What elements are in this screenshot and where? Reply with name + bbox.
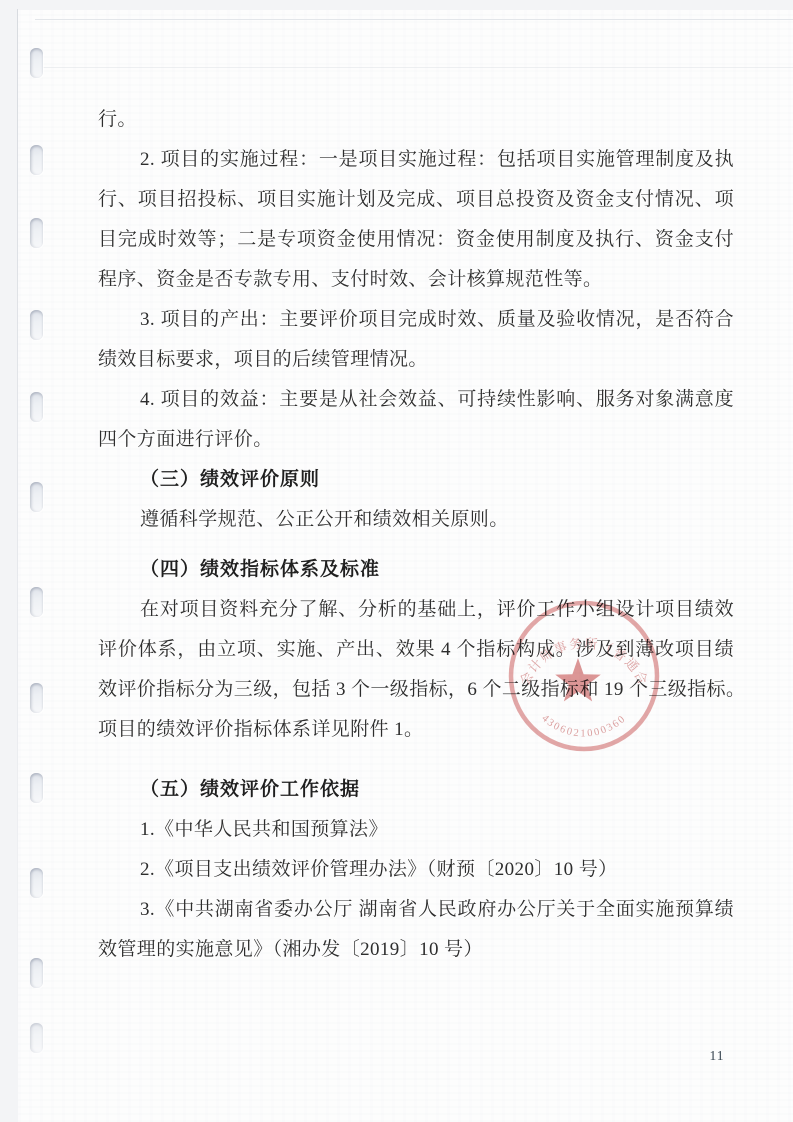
star-icon [555, 658, 601, 701]
document-text: 行。 2. 项目的实施过程：一是项目实施过程：包括项目实施管理制度及执 行、项目… [98, 100, 734, 970]
text-line: 3.《中共湖南省委办公厅 湖南省人民政府办公厅关于全面实施预算绩 [98, 890, 734, 930]
text-line: 3. 项目的产出：主要评价项目完成时效、质量及验收情况，是否符合 [98, 300, 734, 340]
text-line: 目完成时效等；二是专项资金使用情况：资金使用制度及执行、资金支付 [98, 220, 734, 260]
scanned-document-screenshot: { "page": { "number": "11", "paper_color… [0, 0, 793, 1122]
page-left-edge [17, 9, 18, 1069]
seal-serial-container: 4306021000360 [539, 713, 628, 739]
text-line: 行、项目招投标、项目实施计划及完成、项目总投资及资金支付情况、项 [98, 180, 734, 220]
binding-hole [30, 218, 43, 248]
binding-hole [30, 773, 43, 803]
text-line: 4. 项目的效益：主要是从社会效益、可持续性影响、服务对象满意度 [98, 380, 734, 420]
page-top-edge [35, 19, 793, 20]
text-line: 绩效目标要求，项目的后续管理情况。 [98, 340, 734, 380]
binding-hole [30, 868, 43, 898]
official-seal-stamp: 湖南会计师事务所（普通合伙） 4306021000360 [504, 596, 664, 756]
binding-hole [30, 392, 43, 422]
text-line: 行。 [98, 100, 734, 140]
text-line: 效管理的实施意见》（湘办发〔2019〕10 号） [98, 930, 734, 970]
binding-hole [30, 1023, 43, 1053]
binding-hole [30, 482, 43, 512]
binding-hole [30, 145, 43, 175]
binding-hole [30, 958, 43, 988]
text-line: 程序、资金是否专款专用、支付时效、会计核算规范性等。 [98, 260, 734, 300]
page-number: 11 [702, 1048, 732, 1064]
section-heading: （三）绩效评价原则 [98, 460, 734, 500]
section-heading: （五）绩效评价工作依据 [98, 770, 734, 810]
seal-serial-number: 4306021000360 [539, 713, 628, 739]
text-line: 1.《中华人民共和国预算法》 [98, 810, 734, 850]
binding-hole [30, 48, 43, 78]
binding-hole [30, 310, 43, 340]
scan-fold-line [36, 67, 793, 68]
text-line: 四个方面进行评价。 [98, 420, 734, 460]
text-line: 遵循科学规范、公正公开和绩效相关原则。 [98, 500, 734, 540]
paper-page: 行。 2. 项目的实施过程：一是项目实施过程：包括项目实施管理制度及执 行、项目… [18, 10, 793, 1122]
text-line: 2.《项目支出绩效评价管理办法》（财预〔2020〕10 号） [98, 850, 734, 890]
text-line: 2. 项目的实施过程：一是项目实施过程：包括项目实施管理制度及执 [98, 140, 734, 180]
binding-hole [30, 683, 43, 713]
section-heading: （四）绩效指标体系及标准 [98, 550, 734, 590]
binding-hole [30, 587, 43, 617]
